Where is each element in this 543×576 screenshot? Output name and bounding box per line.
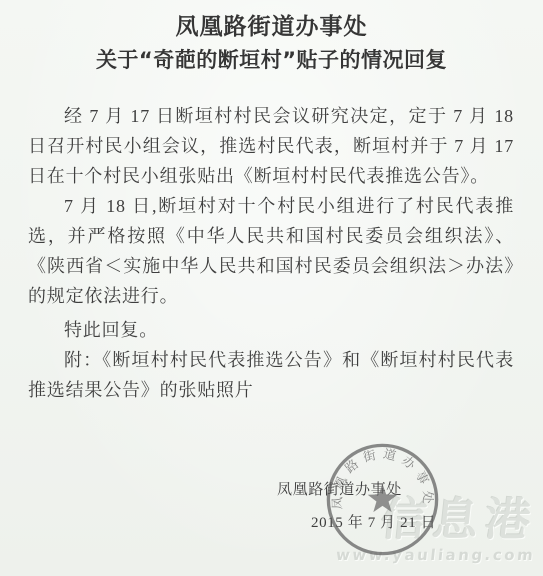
letter-header: 凤凰路街道办事处 关于“奇葩的断垣村”贴子的情况回复 [0, 0, 543, 74]
official-round-seal: 凤凰路街道办事处 [324, 441, 441, 558]
scanned-official-letter: 凤凰路街道办事处 关于“奇葩的断垣村”贴子的情况回复 经 7 月 17 日断垣村… [0, 0, 543, 576]
body-paragraph-2: 7 月 18 日,断垣村对十个村民小组进行了村民代表推选，并严格按照《中华人民共… [28, 191, 514, 311]
letter-subject-title: 关于“奇葩的断垣村”贴子的情况回复 [0, 47, 543, 74]
issuing-office-title: 凤凰路街道办事处 [0, 13, 543, 41]
body-paragraph-1: 经 7 月 17 日断垣村村民会议研究决定，定于 7 月 18 日召开村民小组会… [28, 101, 514, 191]
seal-star-icon [368, 484, 398, 512]
letter-body: 经 7 月 17 日断垣村村民会议研究决定，定于 7 月 18 日召开村民小组会… [28, 101, 514, 405]
closing-remark: 特此回复。 [28, 315, 514, 345]
attachment-note: 附：《断垣村村民代表推选公告》和《断垣村村民代表推选结果公告》的张贴照片 [28, 345, 514, 405]
